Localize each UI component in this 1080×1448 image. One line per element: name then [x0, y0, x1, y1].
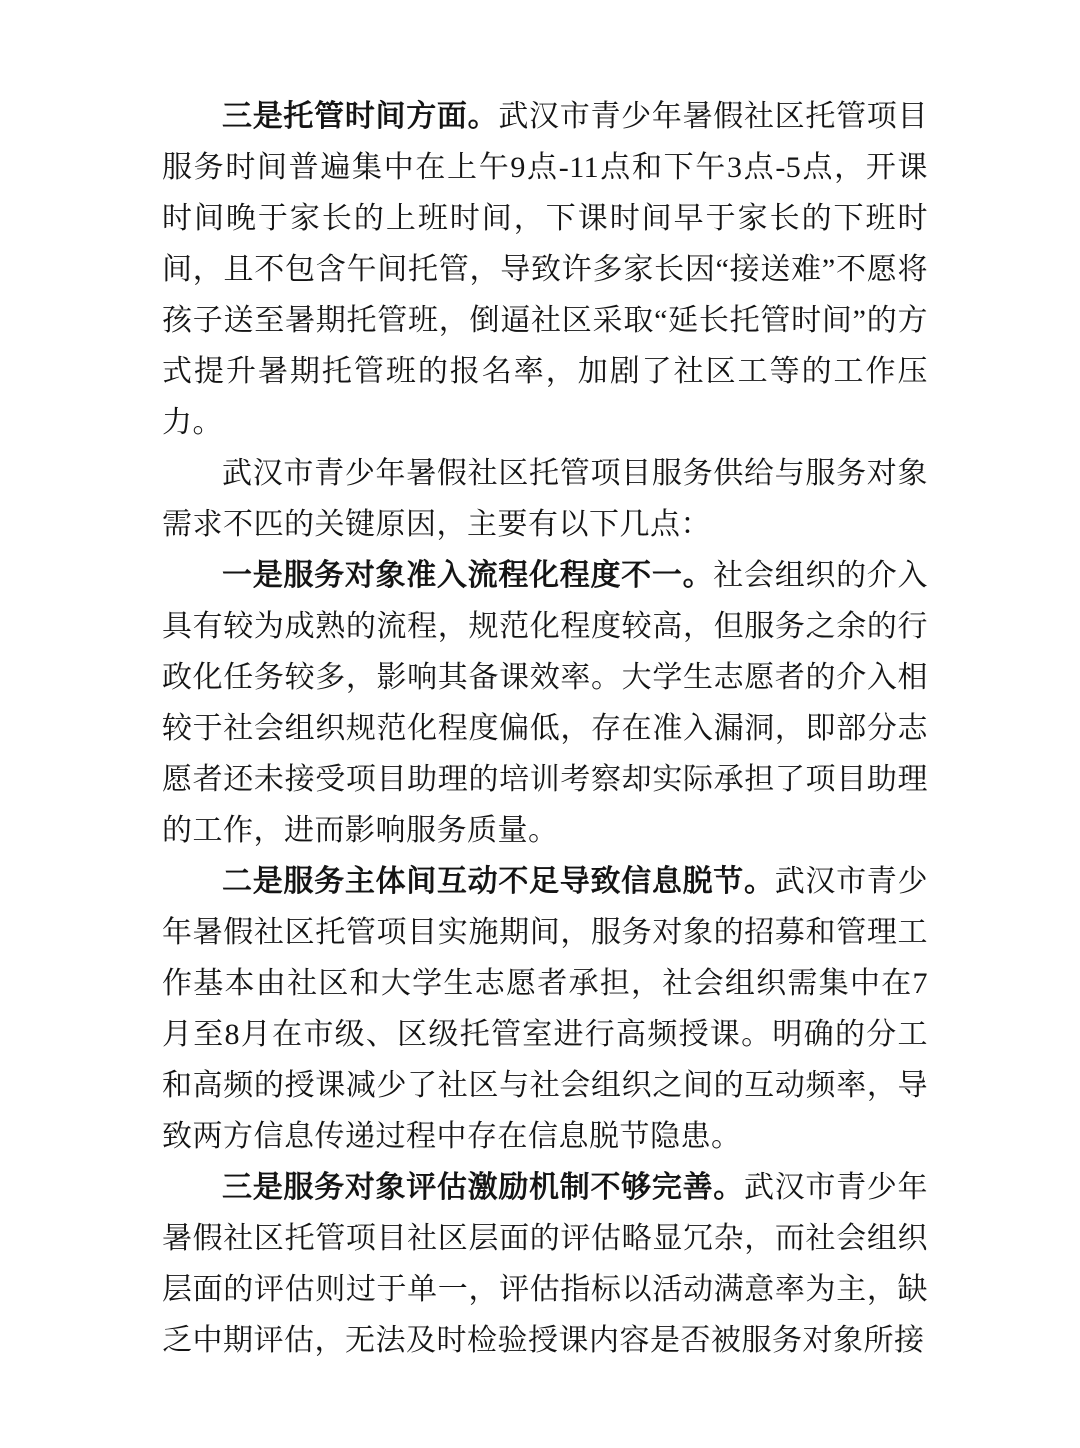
paragraph: 一是服务对象准入流程化程度不一。社会组织的介入具有较为成熟的流程，规范化程度较高… [162, 550, 928, 856]
paragraph-lead: 三是托管时间方面。 [222, 100, 498, 133]
paragraph-lead: 三是服务对象评估激励机制不够完善。 [222, 1171, 744, 1204]
paragraph-body: 社会组织的介入具有较为成熟的流程，规范化程度较高，但服务之余的行政化任务较多，影… [162, 559, 928, 847]
paragraph: 武汉市青少年暑假社区托管项目服务供给与服务对象需求不匹的关键原因，主要有以下几点… [162, 448, 928, 550]
paragraph-body: 武汉市青少年暑假社区托管项目实施期间，服务对象的招募和管理工作基本由社区和大学生… [162, 865, 928, 1153]
paragraph: 三是服务对象评估激励机制不够完善。武汉市青少年暑假社区托管项目社区层面的评估略显… [162, 1162, 928, 1366]
paragraph: 三是托管时间方面。武汉市青少年暑假社区托管项目服务时间普遍集中在上午9点-11点… [162, 91, 928, 448]
paragraph-lead: 一是服务对象准入流程化程度不一。 [222, 559, 713, 592]
paragraph: 二是服务主体间互动不足导致信息脱节。武汉市青少年暑假社区托管项目实施期间，服务对… [162, 856, 928, 1162]
document-content: 三是托管时间方面。武汉市青少年暑假社区托管项目服务时间普遍集中在上午9点-11点… [162, 91, 928, 1366]
paragraph-lead: 二是服务主体间互动不足导致信息脱节。 [222, 865, 775, 898]
document-page: 三是托管时间方面。武汉市青少年暑假社区托管项目服务时间普遍集中在上午9点-11点… [0, 0, 1080, 1448]
paragraph-body: 武汉市青少年暑假社区托管项目服务供给与服务对象需求不匹的关键原因，主要有以下几点… [162, 457, 928, 541]
paragraph-body: 武汉市青少年暑假社区托管项目服务时间普遍集中在上午9点-11点和下午3点-5点，… [162, 100, 928, 439]
